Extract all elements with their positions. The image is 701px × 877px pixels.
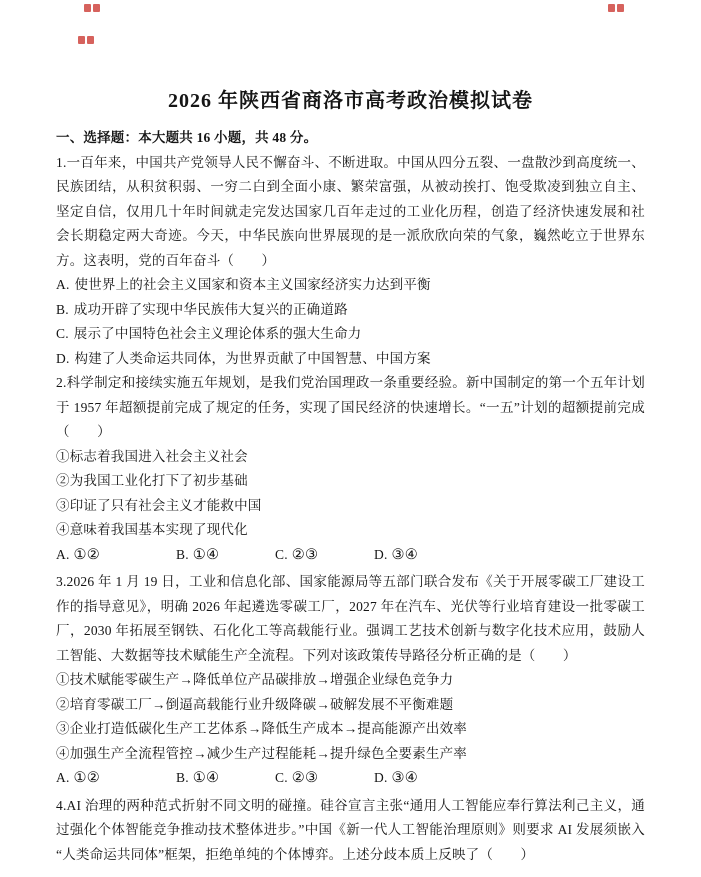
choice-text: ①② <box>74 770 100 786</box>
choice-label: C. <box>275 547 288 562</box>
red-watermark-icon <box>84 4 100 12</box>
choice-d: D.③④ <box>374 543 418 568</box>
choice-text: ①④ <box>193 547 219 563</box>
option-text: 成功开辟了实现中华民族伟大复兴的正确道路 <box>74 302 348 317</box>
question-2-statements: ①标志着我国进入社会主义社会 ②为我国工业化打下了初步基础 ③印证了只有社会主义… <box>56 445 645 543</box>
option-label: D. <box>56 351 70 366</box>
statement-2: ②培育零碳工厂→倒逼高载能行业升级降碳→破解发展不平衡难题 <box>56 693 645 718</box>
option-label: C. <box>56 326 69 341</box>
statement-4: ④意味着我国基本实现了现代化 <box>56 518 645 543</box>
choice-text: ①② <box>74 547 100 563</box>
choice-label: D. <box>374 770 388 785</box>
question-3-stem: 3.2026 年 1 月 19 日，工业和信息化部、国家能源局等五部门联合发布《… <box>56 570 645 668</box>
question-1-stem: 1.一百年来，中国共产党领导人民不懈奋斗、不断进取。中国从四分五裂、一盘散沙到高… <box>56 151 645 274</box>
choice-text: ②③ <box>292 547 318 563</box>
choice-d: D.③④ <box>374 766 418 791</box>
question-3: 3.2026 年 1 月 19 日，工业和信息化部、国家能源局等五部门联合发布《… <box>56 570 645 791</box>
choice-c: C.②③ <box>275 766 374 791</box>
question-4: 4.AI 治理的两种范式折射不同文明的碰撞。硅谷宣言主张“通用人工智能应奉行算法… <box>56 794 645 868</box>
red-watermark-icon <box>608 4 624 12</box>
statement-1: ①技术赋能零碳生产→降低单位产品碳排放→增强企业绿色竞争力 <box>56 668 645 693</box>
option-text: 展示了中国特色社会主义理论体系的强大生命力 <box>74 326 362 341</box>
statement-4: ④加强生产全流程管控→减少生产过程能耗→提升绿色全要素生产率 <box>56 742 645 767</box>
choice-label: D. <box>374 547 388 562</box>
choice-label: C. <box>275 770 288 785</box>
choice-b: B.①④ <box>176 766 275 791</box>
option-text: 构建了人类命运共同体，为世界贡献了中国智慧、中国方案 <box>75 351 431 366</box>
option-text: 使世界上的社会主义国家和资本主义国家经济实力达到平衡 <box>75 277 431 292</box>
statement-3: ③印证了只有社会主义才能救中国 <box>56 494 645 519</box>
paper-content: 一、选择题：本大题共 16 小题，共 48 分。 1.一百年来，中国共产党领导人… <box>56 126 645 867</box>
question-1-option-d: D.构建了人类命运共同体，为世界贡献了中国智慧、中国方案 <box>56 347 645 372</box>
choice-label: A. <box>56 770 70 785</box>
page-title: 2026 年陕西省商洛市高考政治模拟试卷 <box>0 0 701 114</box>
red-watermark-icon <box>78 36 94 44</box>
choice-a: A.①② <box>56 766 176 791</box>
choice-label: B. <box>176 547 189 562</box>
choice-b: B.①④ <box>176 543 275 568</box>
question-2-choices: A.①② B.①④ C.②③ D.③④ <box>56 543 645 568</box>
statement-2: ②为我国工业化打下了初步基础 <box>56 469 645 494</box>
question-3-statements: ①技术赋能零碳生产→降低单位产品碳排放→增强企业绿色竞争力 ②培育零碳工厂→倒逼… <box>56 668 645 766</box>
choice-c: C.②③ <box>275 543 374 568</box>
choice-text: ③④ <box>392 770 418 786</box>
choice-a: A.①② <box>56 543 176 568</box>
option-label: A. <box>56 277 70 292</box>
question-1-option-b: B.成功开辟了实现中华民族伟大复兴的正确道路 <box>56 298 645 323</box>
question-2-stem: 2.科学制定和接续实施五年规划，是我们党治国理政一条重要经验。新中国制定的第一个… <box>56 371 645 445</box>
choice-text: ②③ <box>292 770 318 786</box>
choice-text: ①④ <box>193 770 219 786</box>
option-label: B. <box>56 302 69 317</box>
question-3-choices: A.①② B.①④ C.②③ D.③④ <box>56 766 645 791</box>
exam-paper-page: 2026 年陕西省商洛市高考政治模拟试卷 一、选择题：本大题共 16 小题，共 … <box>0 0 701 877</box>
question-1-option-c: C.展示了中国特色社会主义理论体系的强大生命力 <box>56 322 645 347</box>
statement-3: ③企业打造低碳化生产工艺体系→降低生产成本→提高能源产出效率 <box>56 717 645 742</box>
question-1-option-a: A.使世界上的社会主义国家和资本主义国家经济实力达到平衡 <box>56 273 645 298</box>
choice-label: A. <box>56 547 70 562</box>
statement-1: ①标志着我国进入社会主义社会 <box>56 445 645 470</box>
question-4-stem: 4.AI 治理的两种范式折射不同文明的碰撞。硅谷宣言主张“通用人工智能应奉行算法… <box>56 794 645 868</box>
section-header: 一、选择题：本大题共 16 小题，共 48 分。 <box>56 126 645 151</box>
choice-text: ③④ <box>392 547 418 563</box>
question-1: 1.一百年来，中国共产党领导人民不懈奋斗、不断进取。中国从四分五裂、一盘散沙到高… <box>56 151 645 372</box>
question-2: 2.科学制定和接续实施五年规划，是我们党治国理政一条重要经验。新中国制定的第一个… <box>56 371 645 567</box>
choice-label: B. <box>176 770 189 785</box>
